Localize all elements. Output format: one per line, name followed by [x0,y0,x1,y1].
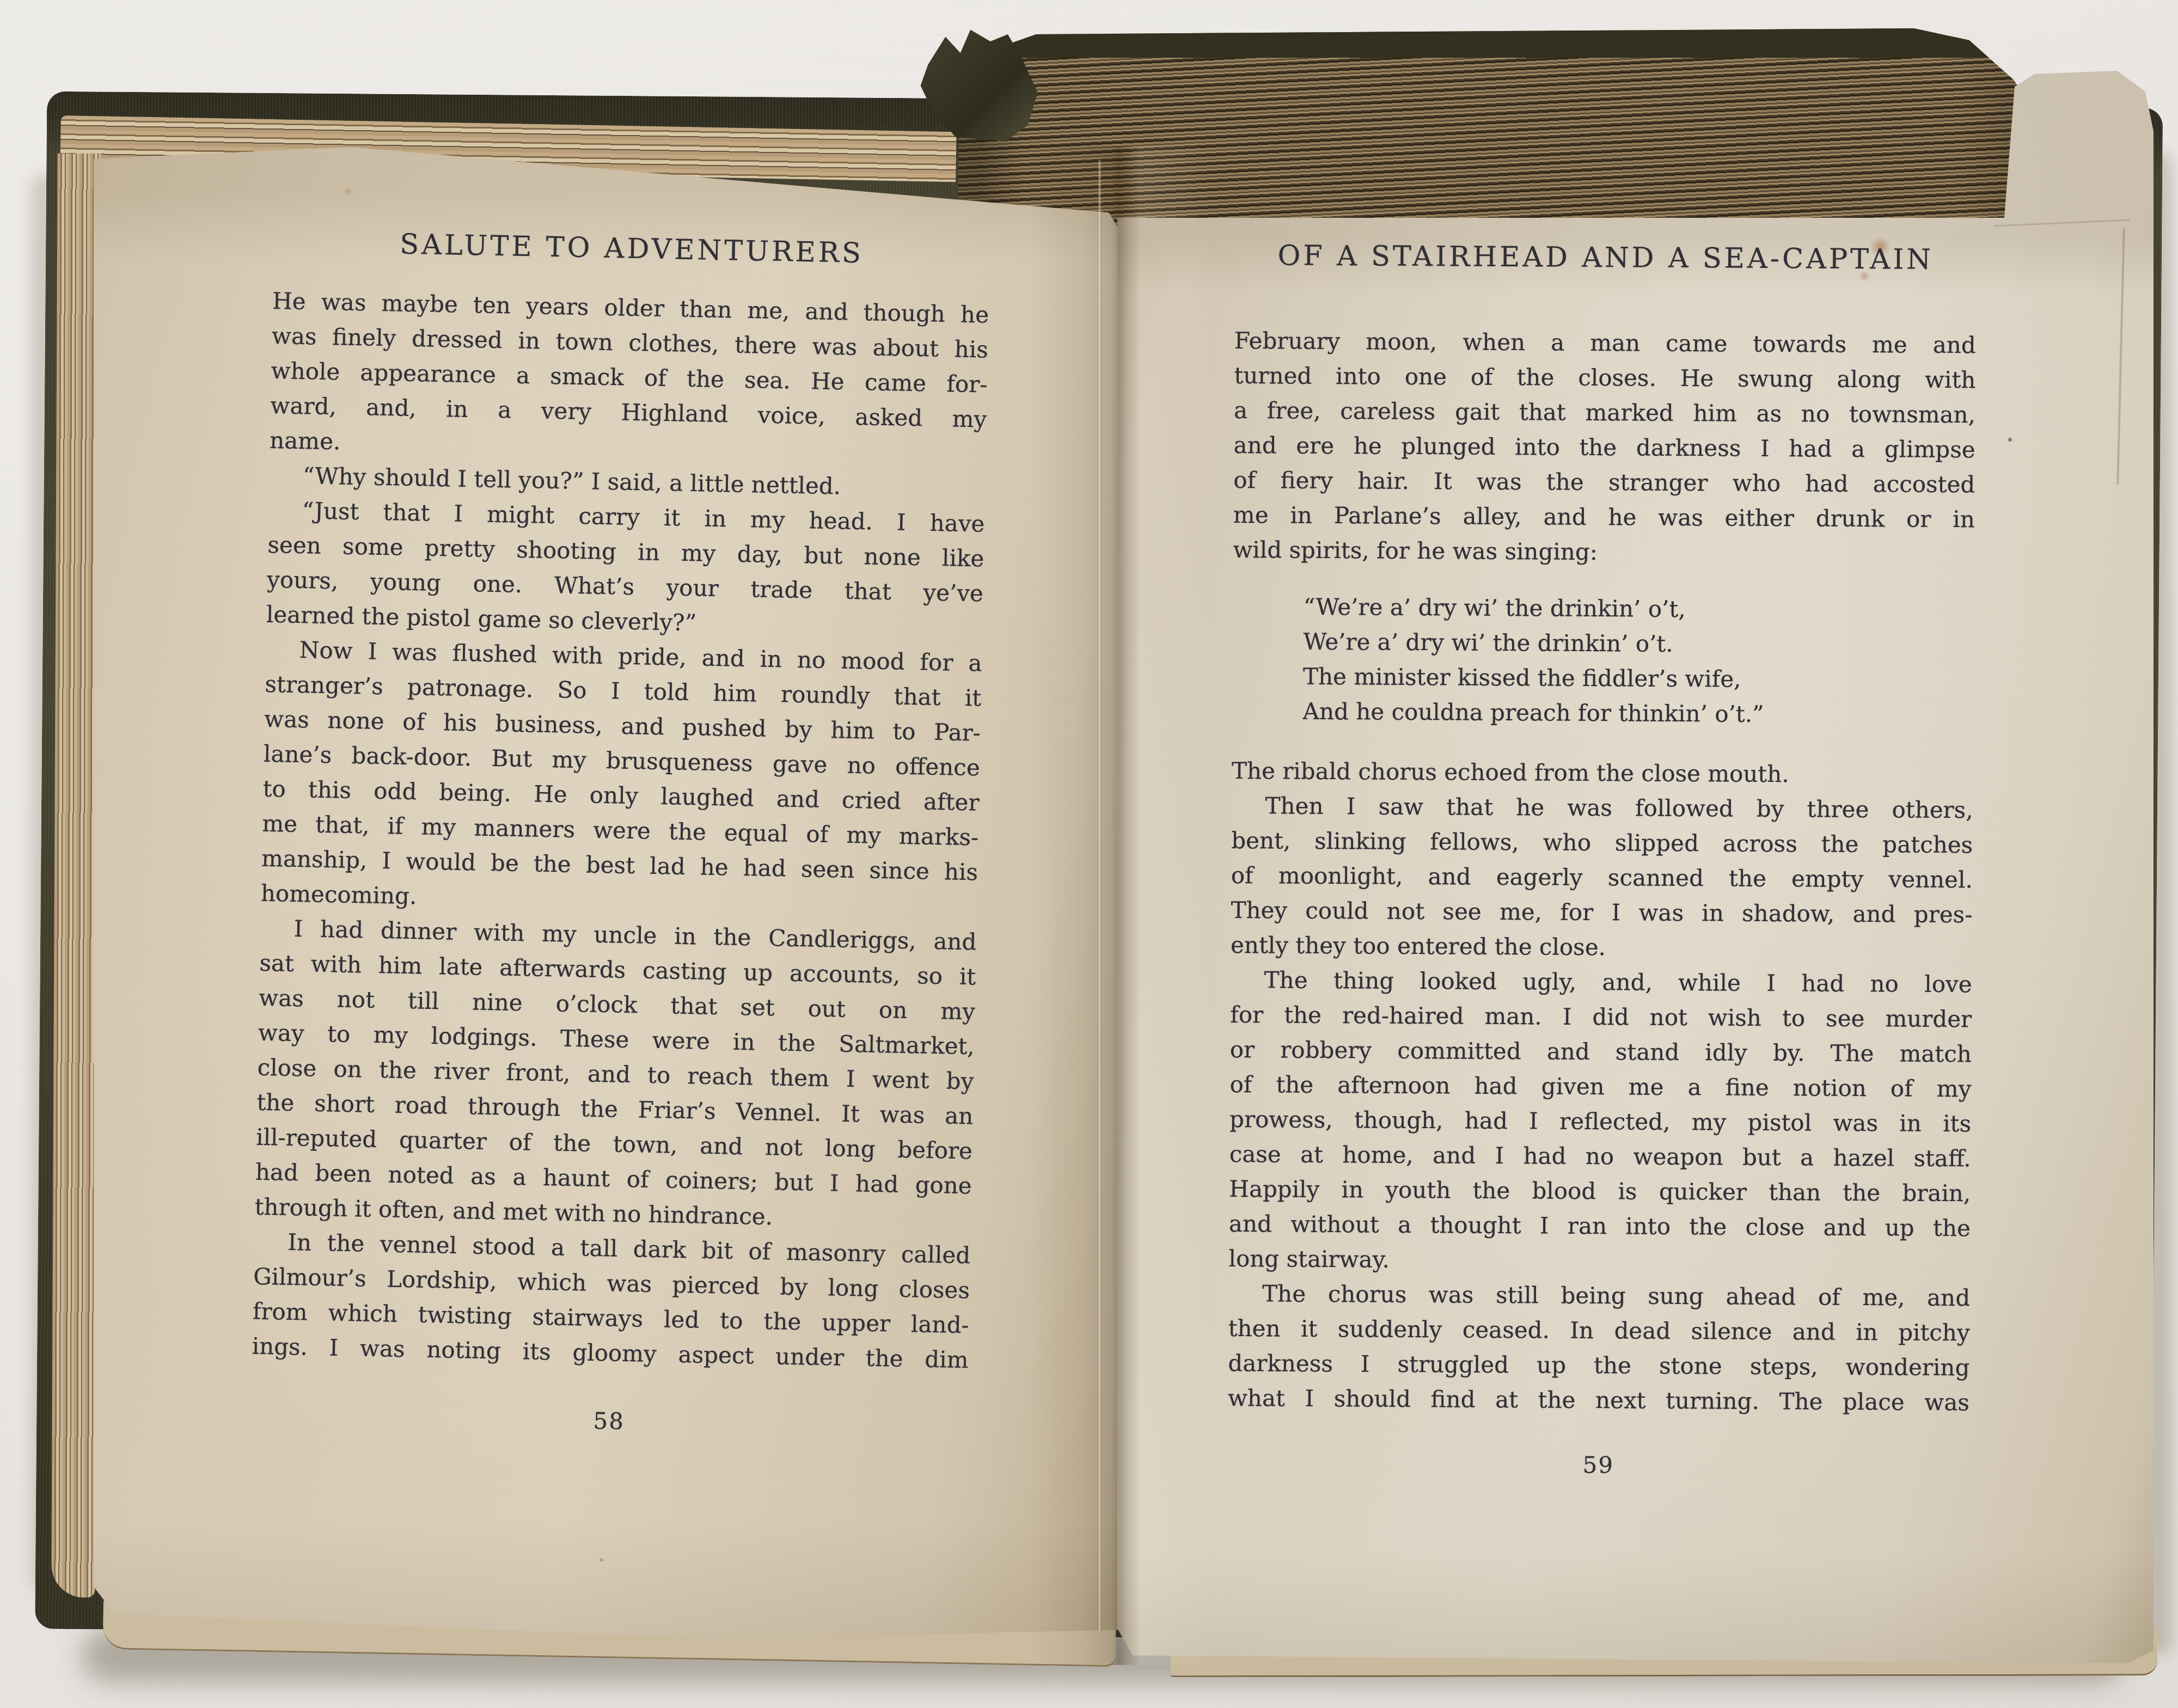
paragraph: In the vennel stood a tall dark bit of m… [252,1225,971,1378]
right-running-header: OF A STAIRHEAD AND A SEA-CAPTAIN [1235,238,1977,278]
text-line: and without a thought I ran into the clo… [1229,1207,1971,1246]
right-page-number: 59 [1227,1449,1969,1480]
page-58-content: SALUTE TO ADVENTURERS He was maybe ten y… [250,225,990,1441]
text-line: of moonlight, and eagerly scanned the em… [1231,858,1973,897]
text-line: case at home, and I had no weapon but a … [1229,1137,1971,1176]
text-line: or robbery committed and stand idly by. … [1230,1032,1972,1072]
text-line: what I should find at the next turning. … [1228,1381,1969,1420]
text-line: “We’re a’ dry wi’ the drinkin’ o’t, [1233,589,1974,628]
text-line: darkness I struggled up the stone steps,… [1228,1346,1969,1385]
text-line: then it suddenly ceased. In dead silence… [1228,1311,1970,1350]
gutter-shadow [1029,146,1214,1665]
text-line: Happily in youth the blood is quicker th… [1229,1172,1971,1211]
text-line: prowess, though, had I reflected, my pis… [1229,1102,1971,1141]
text-line: for the red-haired man. I did not wish t… [1230,997,1972,1037]
text-line: wild spirits, for he was singing: [1233,532,1974,572]
text-line: The chorus was still being sung ahead of… [1228,1276,1970,1315]
stain [343,187,353,195]
right-page-text: February moon, when a man came towards m… [1228,323,1976,1420]
paragraph: The chorus was still being sung ahead of… [1228,1276,1971,1420]
text-line: a free, careless gait that marked him as… [1234,393,1975,432]
text-line: The minister kissed the fiddler’s wife, [1232,659,1974,698]
photo-background: SALUTE TO ADVENTURERS He was maybe ten y… [0,0,2178,1708]
speck [2008,438,2012,442]
page-59-content: OF A STAIRHEAD AND A SEA-CAPTAIN Februar… [1227,238,1977,1480]
text-line: ently they too entered the close. [1231,928,1972,967]
paragraph: The ribald chorus echoed from the close … [1232,754,1973,793]
gutter-crease [1098,161,1102,1631]
paragraph: The thing looked ugly, and, while I had … [1228,963,1972,1281]
text-line: turned into one of the closes. He swung … [1234,358,1975,397]
paragraph: Then I saw that he was followed by three… [1231,788,1973,967]
paragraph: “Just that I might carry it in my head. … [266,493,985,646]
verse-stanza: “We’re a’ dry wi’ the drinkin’ o’t,We’re… [1232,589,1975,733]
text-line: of fiery hair. It was the stranger who h… [1233,463,1975,502]
text-line: bent, slinking fellows, who slipped acro… [1231,823,1973,862]
text-line: February moon, when a man came towards m… [1234,323,1976,363]
paragraph: He was maybe ten years older than me, an… [270,284,989,472]
text-line: of the afternoon had given me a fine not… [1229,1067,1971,1106]
text-line: They could not see me, for I was in shad… [1231,893,1972,932]
paragraph: Now I was flushed with pride, and in no … [260,632,982,925]
text-line: me in Parlane’s alley, and he was either… [1233,498,1975,537]
paragraph: February moon, when a man came towards m… [1233,323,1976,572]
speck [600,1558,603,1562]
left-page-text: He was maybe ten years older than me, an… [252,284,989,1378]
text-line: long stairway. [1228,1241,1970,1281]
text-line: Then I saw that he was followed by three… [1231,788,1973,828]
text-line: And he couldna preach for thinkin’ o’t.” [1232,694,1974,733]
paragraph: I had dinner with my uncle in the Candle… [254,911,977,1239]
text-line: and ere he plunged into the darkness I h… [1233,428,1975,467]
text-line: We’re a’ dry wi’ the drinkin’ o’t. [1232,624,1974,663]
text-line: The thing looked ugly, and, while I had … [1230,963,1972,1002]
text-line: The ribald chorus echoed from the close … [1232,754,1973,793]
